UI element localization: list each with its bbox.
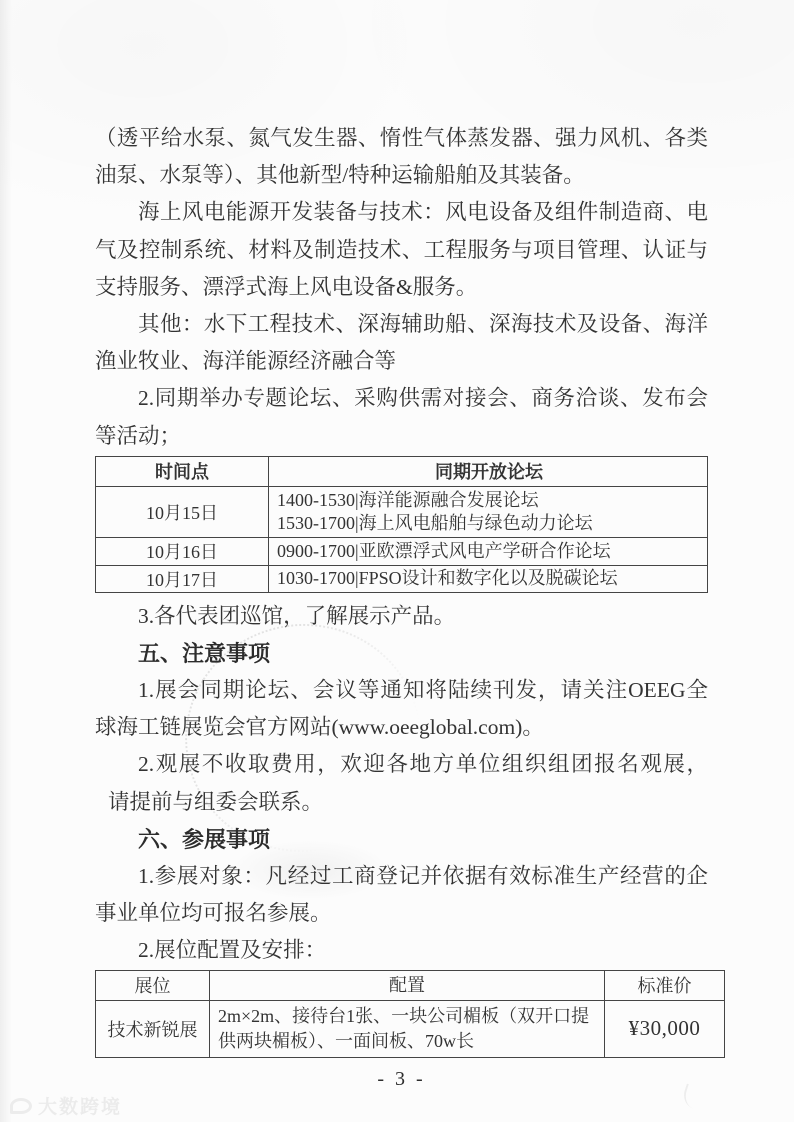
page-number: - 3 - [95,1068,708,1091]
forum-events-cell: 1400-1530|海洋能源融合发展论坛 1530-1700|海上风电船舶与绿色… [269,486,708,537]
body-line: 支持服务、漂浮式海上风电设备&服务。 [95,269,708,306]
body-line: 2.展位配置及安排： [95,932,708,969]
watermark: 大数跨境 [10,1092,122,1119]
section-heading-notes: 五、注意事项 [95,635,708,672]
body-line: 3.各代表团巡馆，了解展示产品。 [95,598,708,635]
scan-edge-shading [0,0,12,1122]
booth-header-price: 标准价 [605,970,725,1000]
booth-header-booth: 展位 [96,970,210,1000]
forum-date-cell: 10月17日 [96,565,269,592]
forum-date-cell: 10月15日 [96,486,269,537]
body-line: 请提前与组委会联系。 [95,784,708,821]
forum-events-cell: 1030-1700|FPSO设计和数字化以及脱碳论坛 [269,565,708,592]
body-line: 海上风电能源开发装备与技术：风电设备及组件制造商、电 [95,194,708,231]
body-line: 等活动； [95,418,708,455]
booth-price-cell: ¥30,000 [605,1000,725,1057]
table-row: 10月16日 0900-1700|亚欧漂浮式风电产学研合作论坛 [96,537,708,565]
forum-event: 0900-1700|亚欧漂浮式风电产学研合作论坛 [277,540,701,563]
body-line: 油泵、水泵等）、其他新型/特种运输船舶及其装备。 [95,157,708,194]
forum-event: 1030-1700|FPSO设计和数字化以及脱碳论坛 [277,567,701,590]
forum-header-time: 时间点 [96,456,269,486]
body-line: 渔业牧业、海洋能源经济融合等 [95,343,708,380]
body-line: 2.同期举办专题论坛、采购供需对接会、商务洽谈、发布会 [95,380,708,417]
body-line: 气及控制系统、材料及制造技术、工程服务与项目管理、认证与 [95,232,708,269]
body-line: 1.展会同期论坛、会议等通知将陆续刊发，请关注OEEG全 [95,672,708,709]
forum-schedule-table: 时间点 同期开放论坛 10月15日 1400-1530|海洋能源融合发展论坛 1… [95,456,708,593]
body-line: 事业单位均可报名参展。 [95,895,708,932]
forum-table-header-row: 时间点 同期开放论坛 [96,456,708,486]
forum-header-forums: 同期开放论坛 [269,456,708,486]
body-line: 1.参展对象：凡经过工商登记并依据有效标准生产经营的企 [95,858,708,895]
booth-header-config: 配置 [210,970,605,1000]
table-row: 10月17日 1030-1700|FPSO设计和数字化以及脱碳论坛 [96,565,708,592]
forum-events-cell: 0900-1700|亚欧漂浮式风电产学研合作论坛 [269,537,708,565]
table-row: 技术新锐展 2m×2m、接待台1张、一块公司楣板（双开口提供两块楣板）、一面间板… [96,1000,725,1057]
body-line: 其他：水下工程技术、深海辅助船、深海技术及设备、海洋 [95,306,708,343]
body-line: 球海工链展览会官方网站(www.oeeglobal.com)。 [95,709,708,746]
watermark-text: 大数跨境 [38,1092,122,1119]
forum-date-cell: 10月16日 [96,537,269,565]
booth-table-header-row: 展位 配置 标准价 [96,970,725,1000]
section-heading-exhibiting: 六、参展事项 [95,821,708,858]
price-value: ¥30,000 [629,1016,701,1040]
forum-event: 1530-1700|海上风电船舶与绿色动力论坛 [277,512,701,535]
booth-config-cell: 2m×2m、接待台1张、一块公司楣板（双开口提供两块楣板）、一面间板、70w长 [210,1000,605,1057]
document-page: （透平给水泵、氮气发生器、惰性气体蒸发器、强力风机、各类 油泵、水泵等）、其他新… [0,0,794,1122]
booth-name-cell: 技术新锐展 [96,1000,210,1057]
table-row: 10月15日 1400-1530|海洋能源融合发展论坛 1530-1700|海上… [96,486,708,537]
document-body: （透平给水泵、氮气发生器、惰性气体蒸发器、强力风机、各类 油泵、水泵等）、其他新… [95,120,708,1091]
body-line: 2.观展不收取费用，欢迎各地方单位组织组团报名观展， [95,746,708,783]
forum-event: 1400-1530|海洋能源融合发展论坛 [277,489,701,512]
document-body-part2: 3.各代表团巡馆，了解展示产品。 五、注意事项 1.展会同期论坛、会议等通知将陆… [95,598,708,970]
body-line: （透平给水泵、氮气发生器、惰性气体蒸发器、强力风机、各类 [95,120,708,157]
booth-config-table: 展位 配置 标准价 技术新锐展 2m×2m、接待台1张、一块公司楣板（双开口提供… [95,970,725,1058]
watermark-logo-icon [10,1098,32,1114]
